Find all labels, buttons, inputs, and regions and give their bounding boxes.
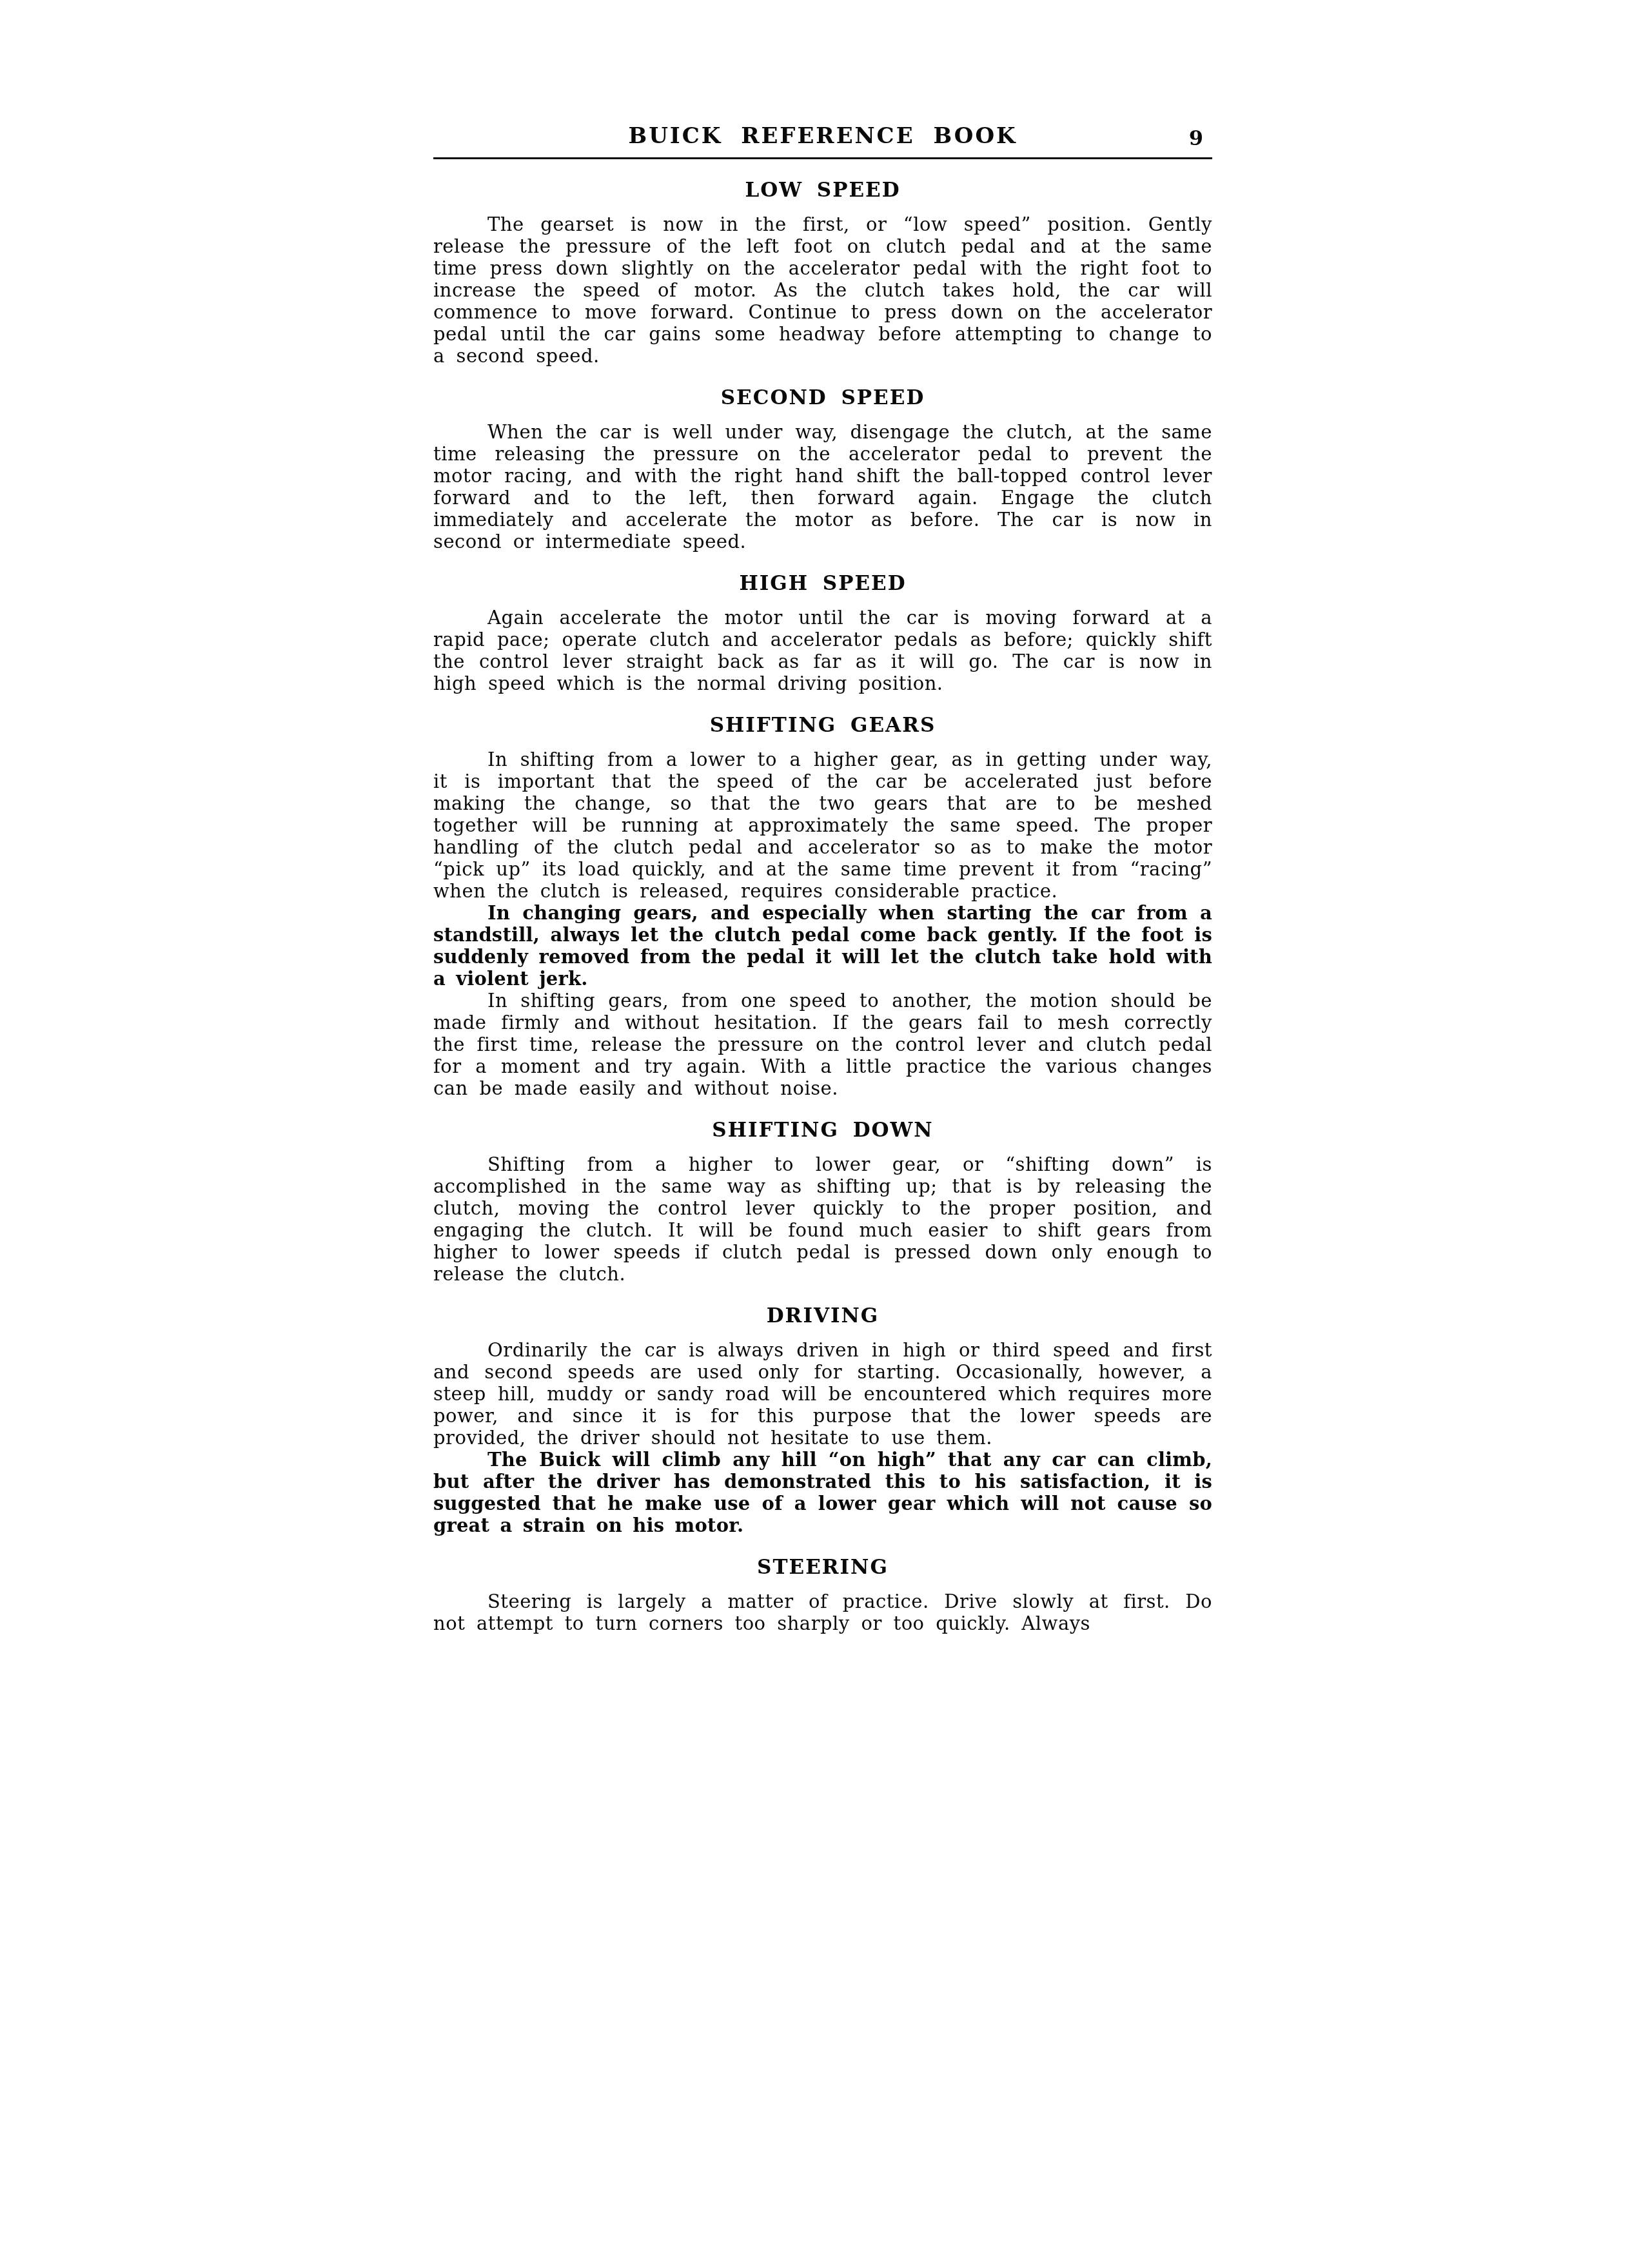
paragraph: Steering is largely a matter of practice… — [433, 1591, 1212, 1634]
section-low-speed: LOW SPEED The gearset is now in the firs… — [433, 179, 1212, 367]
section-heading: HIGH SPEED — [433, 573, 1212, 594]
section-shifting-gears: SHIFTING GEARS In shifting from a lower … — [433, 714, 1212, 1099]
section-second-speed: SECOND SPEED When the car is well under … — [433, 387, 1212, 553]
section-high-speed: HIGH SPEED Again accelerate the motor un… — [433, 573, 1212, 694]
paragraph: Again accelerate the motor until the car… — [433, 607, 1212, 694]
paragraph: When the car is well under way, disengag… — [433, 421, 1212, 553]
paragraph-emphasized: In changing gears, and especially when s… — [433, 902, 1212, 990]
section-steering: STEERING Steering is largely a matter of… — [433, 1556, 1212, 1634]
paragraph: Shifting from a higher to lower gear, or… — [433, 1153, 1212, 1285]
section-heading: SECOND SPEED — [433, 387, 1212, 409]
page-content: BUICK REFERENCE BOOK 9 LOW SPEED The gea… — [433, 124, 1212, 1634]
book-title: BUICK REFERENCE BOOK — [628, 124, 1017, 148]
paragraph-emphasized: The Buick will climb any hill “on high” … — [433, 1449, 1212, 1536]
page-header: BUICK REFERENCE BOOK 9 — [433, 124, 1212, 159]
section-heading: DRIVING — [433, 1305, 1212, 1327]
paragraph: The gearset is now in the first, or “low… — [433, 213, 1212, 367]
section-heading: SHIFTING GEARS — [433, 714, 1212, 736]
page-number: 9 — [1189, 126, 1203, 150]
section-heading: STEERING — [433, 1556, 1212, 1578]
paragraph: In shifting from a lower to a higher gea… — [433, 749, 1212, 902]
section-shifting-down: SHIFTING DOWN Shifting from a higher to … — [433, 1119, 1212, 1285]
paragraph: Ordinarily the car is always driven in h… — [433, 1339, 1212, 1449]
section-heading: LOW SPEED — [433, 179, 1212, 201]
scanned-book-page: BUICK REFERENCE BOOK 9 LOW SPEED The gea… — [0, 0, 1652, 2252]
section-heading: SHIFTING DOWN — [433, 1119, 1212, 1141]
paragraph: In shifting gears, from one speed to ano… — [433, 990, 1212, 1099]
section-driving: DRIVING Ordinarily the car is always dri… — [433, 1305, 1212, 1536]
